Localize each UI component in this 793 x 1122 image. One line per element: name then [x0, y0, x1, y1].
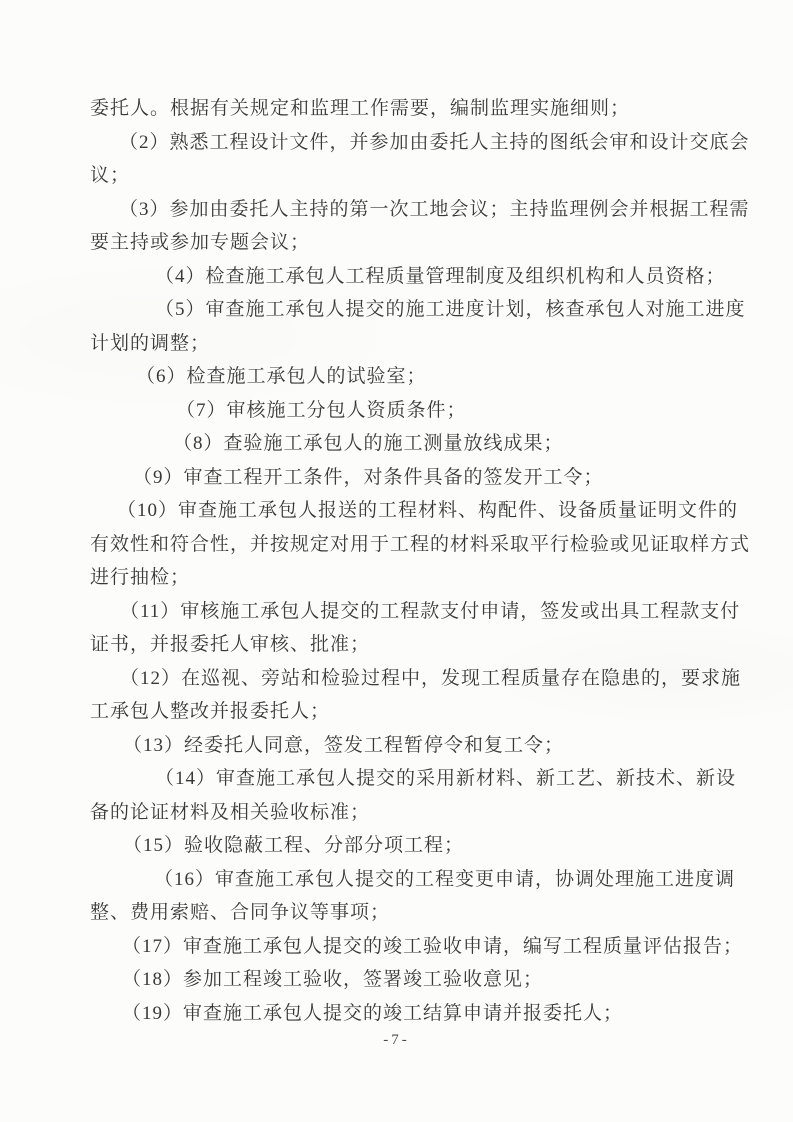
- text-line-18: （12）在巡视、旁站和检验过程中，发现工程质量存在隐患的，要求施: [120, 662, 750, 696]
- page-footer: -7-: [0, 1031, 793, 1049]
- text-line-21: （14）审查施工承包人提交的采用新材料、新工艺、新技术、新设: [155, 762, 750, 796]
- text-line-26: （17）审查施工承包人提交的竣工验收申请，编写工程质量评估报告；: [122, 930, 750, 964]
- text-line-5: 要主持或参加专题会议；: [90, 226, 750, 260]
- text-line-9: （6）检查施工承包人的试验室；: [136, 360, 750, 394]
- text-line-10: （7）审核施工分包人资质条件；: [176, 394, 750, 428]
- text-line-3: 议；: [90, 159, 750, 193]
- text-line-24: （16）审查施工承包人提交的工程变更申请，协调处理施工进度调: [154, 863, 750, 897]
- text-line-11: （8）查验施工承包人的施工测量放线成果；: [173, 427, 750, 461]
- text-line-23: （15）验收隐蔽工程、分部分项工程；: [123, 829, 750, 863]
- text-line-19: 工承包人整改并报委托人；: [90, 695, 750, 729]
- text-line-28: （19）审查施工承包人提交的竣工结算申请并报委托人；: [122, 997, 750, 1031]
- text-line-2: （2）熟悉工程设计文件，并参加由委托人主持的图纸会审和设计交底会: [119, 126, 750, 160]
- text-line-8: 计划的调整；: [90, 327, 750, 361]
- text-line-16: （11）审核施工承包人提交的工程款支付申请，签发或出具工程款支付: [120, 595, 750, 629]
- text-line-1: 委托人。根据有关规定和监理工作需要，编制监理实施细则；: [90, 92, 750, 126]
- document-page: 委托人。根据有关规定和监理工作需要，编制监理实施细则；（2）熟悉工程设计文件，并…: [0, 0, 793, 1122]
- text-line-17: 证书，并报委托人审核、批准；: [90, 628, 750, 662]
- text-line-6: （4）检查施工承包人工程质量管理制度及组织机构和人员资格；: [155, 260, 750, 294]
- page-number: -7-: [383, 1032, 410, 1048]
- text-line-14: 有效性和符合性，并按规定对用于工程的材料采取平行检验或见证取样方式: [90, 528, 750, 562]
- text-line-4: （3）参加由委托人主持的第一次工地会议；主持监理例会并根据工程需: [119, 193, 750, 227]
- text-line-27: （18）参加工程竣工验收，签署竣工验收意见；: [122, 963, 750, 997]
- text-line-15: 进行抽检；: [90, 561, 750, 595]
- text-line-12: （9）审查工程开工条件，对条件具备的签发开工令；: [133, 461, 750, 495]
- text-line-7: （5）审查施工承包人提交的施工进度计划，核查承包人对施工进度: [155, 293, 750, 327]
- text-line-13: （10）审查施工承包人报送的工程材料、构配件、设备质量证明文件的: [117, 494, 750, 528]
- text-line-20: （13）经委托人同意，签发工程暂停令和复工令；: [123, 729, 750, 763]
- text-block: 委托人。根据有关规定和监理工作需要，编制监理实施细则；（2）熟悉工程设计文件，并…: [90, 92, 750, 1030]
- text-line-22: 备的论证材料及相关验收标准；: [90, 796, 750, 830]
- text-line-25: 整、费用索赔、合同争议等事项；: [90, 896, 750, 930]
